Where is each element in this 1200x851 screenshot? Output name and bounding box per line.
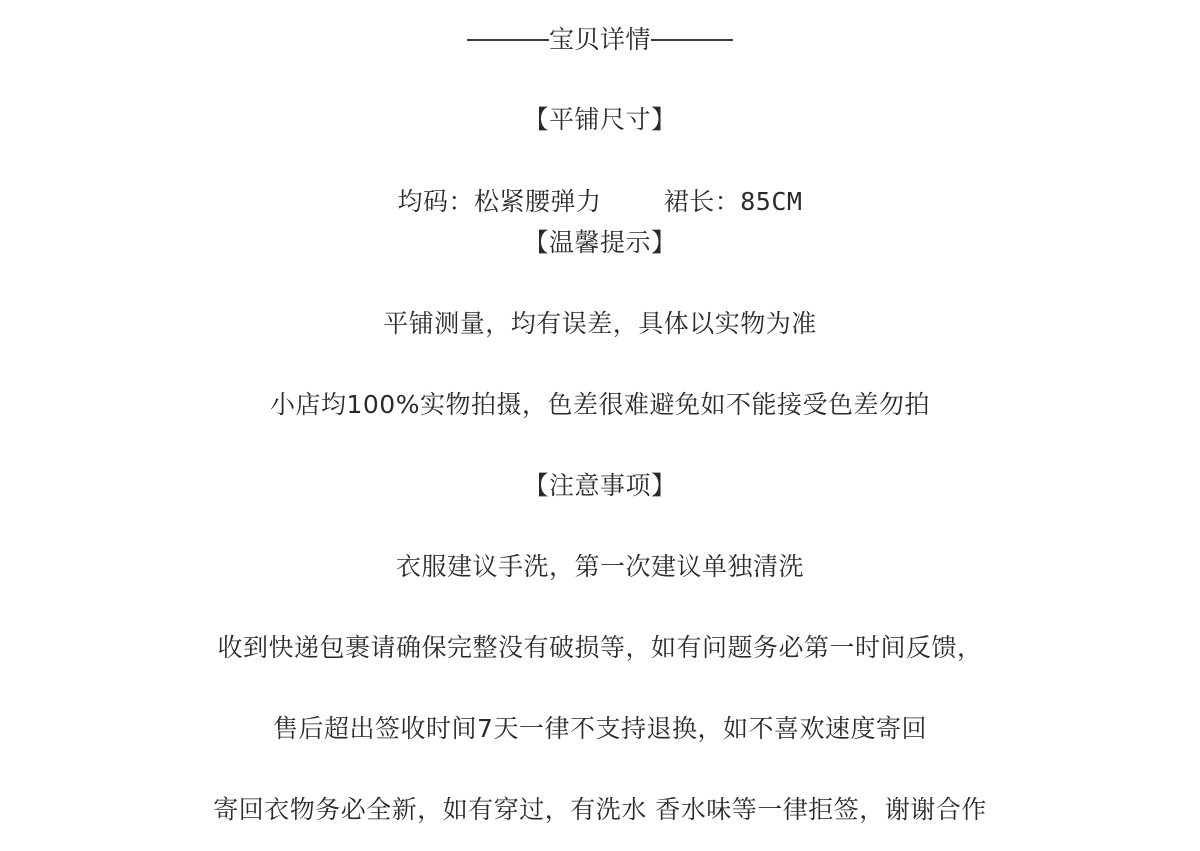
tips-heading: 【温馨提示】 (0, 227, 1200, 259)
notice-line-1: 衣服建议手洗，第一次建议单独清洗 (0, 551, 1200, 583)
section-title: 宝贝详情 (0, 24, 1200, 56)
size-line: 均码：松紧腰弹力 裙长：85CM (0, 186, 1200, 218)
notice-line-2: 收到快递包裹请确保完整没有破损等，如有问题务必第一时间反馈， (0, 632, 1200, 664)
notice-line-3: 售后超出签收时间7天一律不支持退换，如不喜欢速度寄回 (0, 713, 1200, 745)
notice-heading: 【注意事项】 (0, 470, 1200, 502)
title-text: 宝贝详情 (549, 24, 651, 56)
title-divider-left (467, 39, 549, 41)
size-heading: 【平铺尺寸】 (0, 104, 1200, 136)
tips-line-2: 小店均100%实物拍摄，色差很难避免如不能接受色差勿拍 (0, 389, 1200, 421)
notice-line-4: 寄回衣物务必全新，如有穿过，有洗水 香水味等一律拒签，谢谢合作 (0, 794, 1200, 826)
title-divider-right (651, 39, 733, 41)
tips-line-1: 平铺测量，均有误差，具体以实物为准 (0, 308, 1200, 340)
